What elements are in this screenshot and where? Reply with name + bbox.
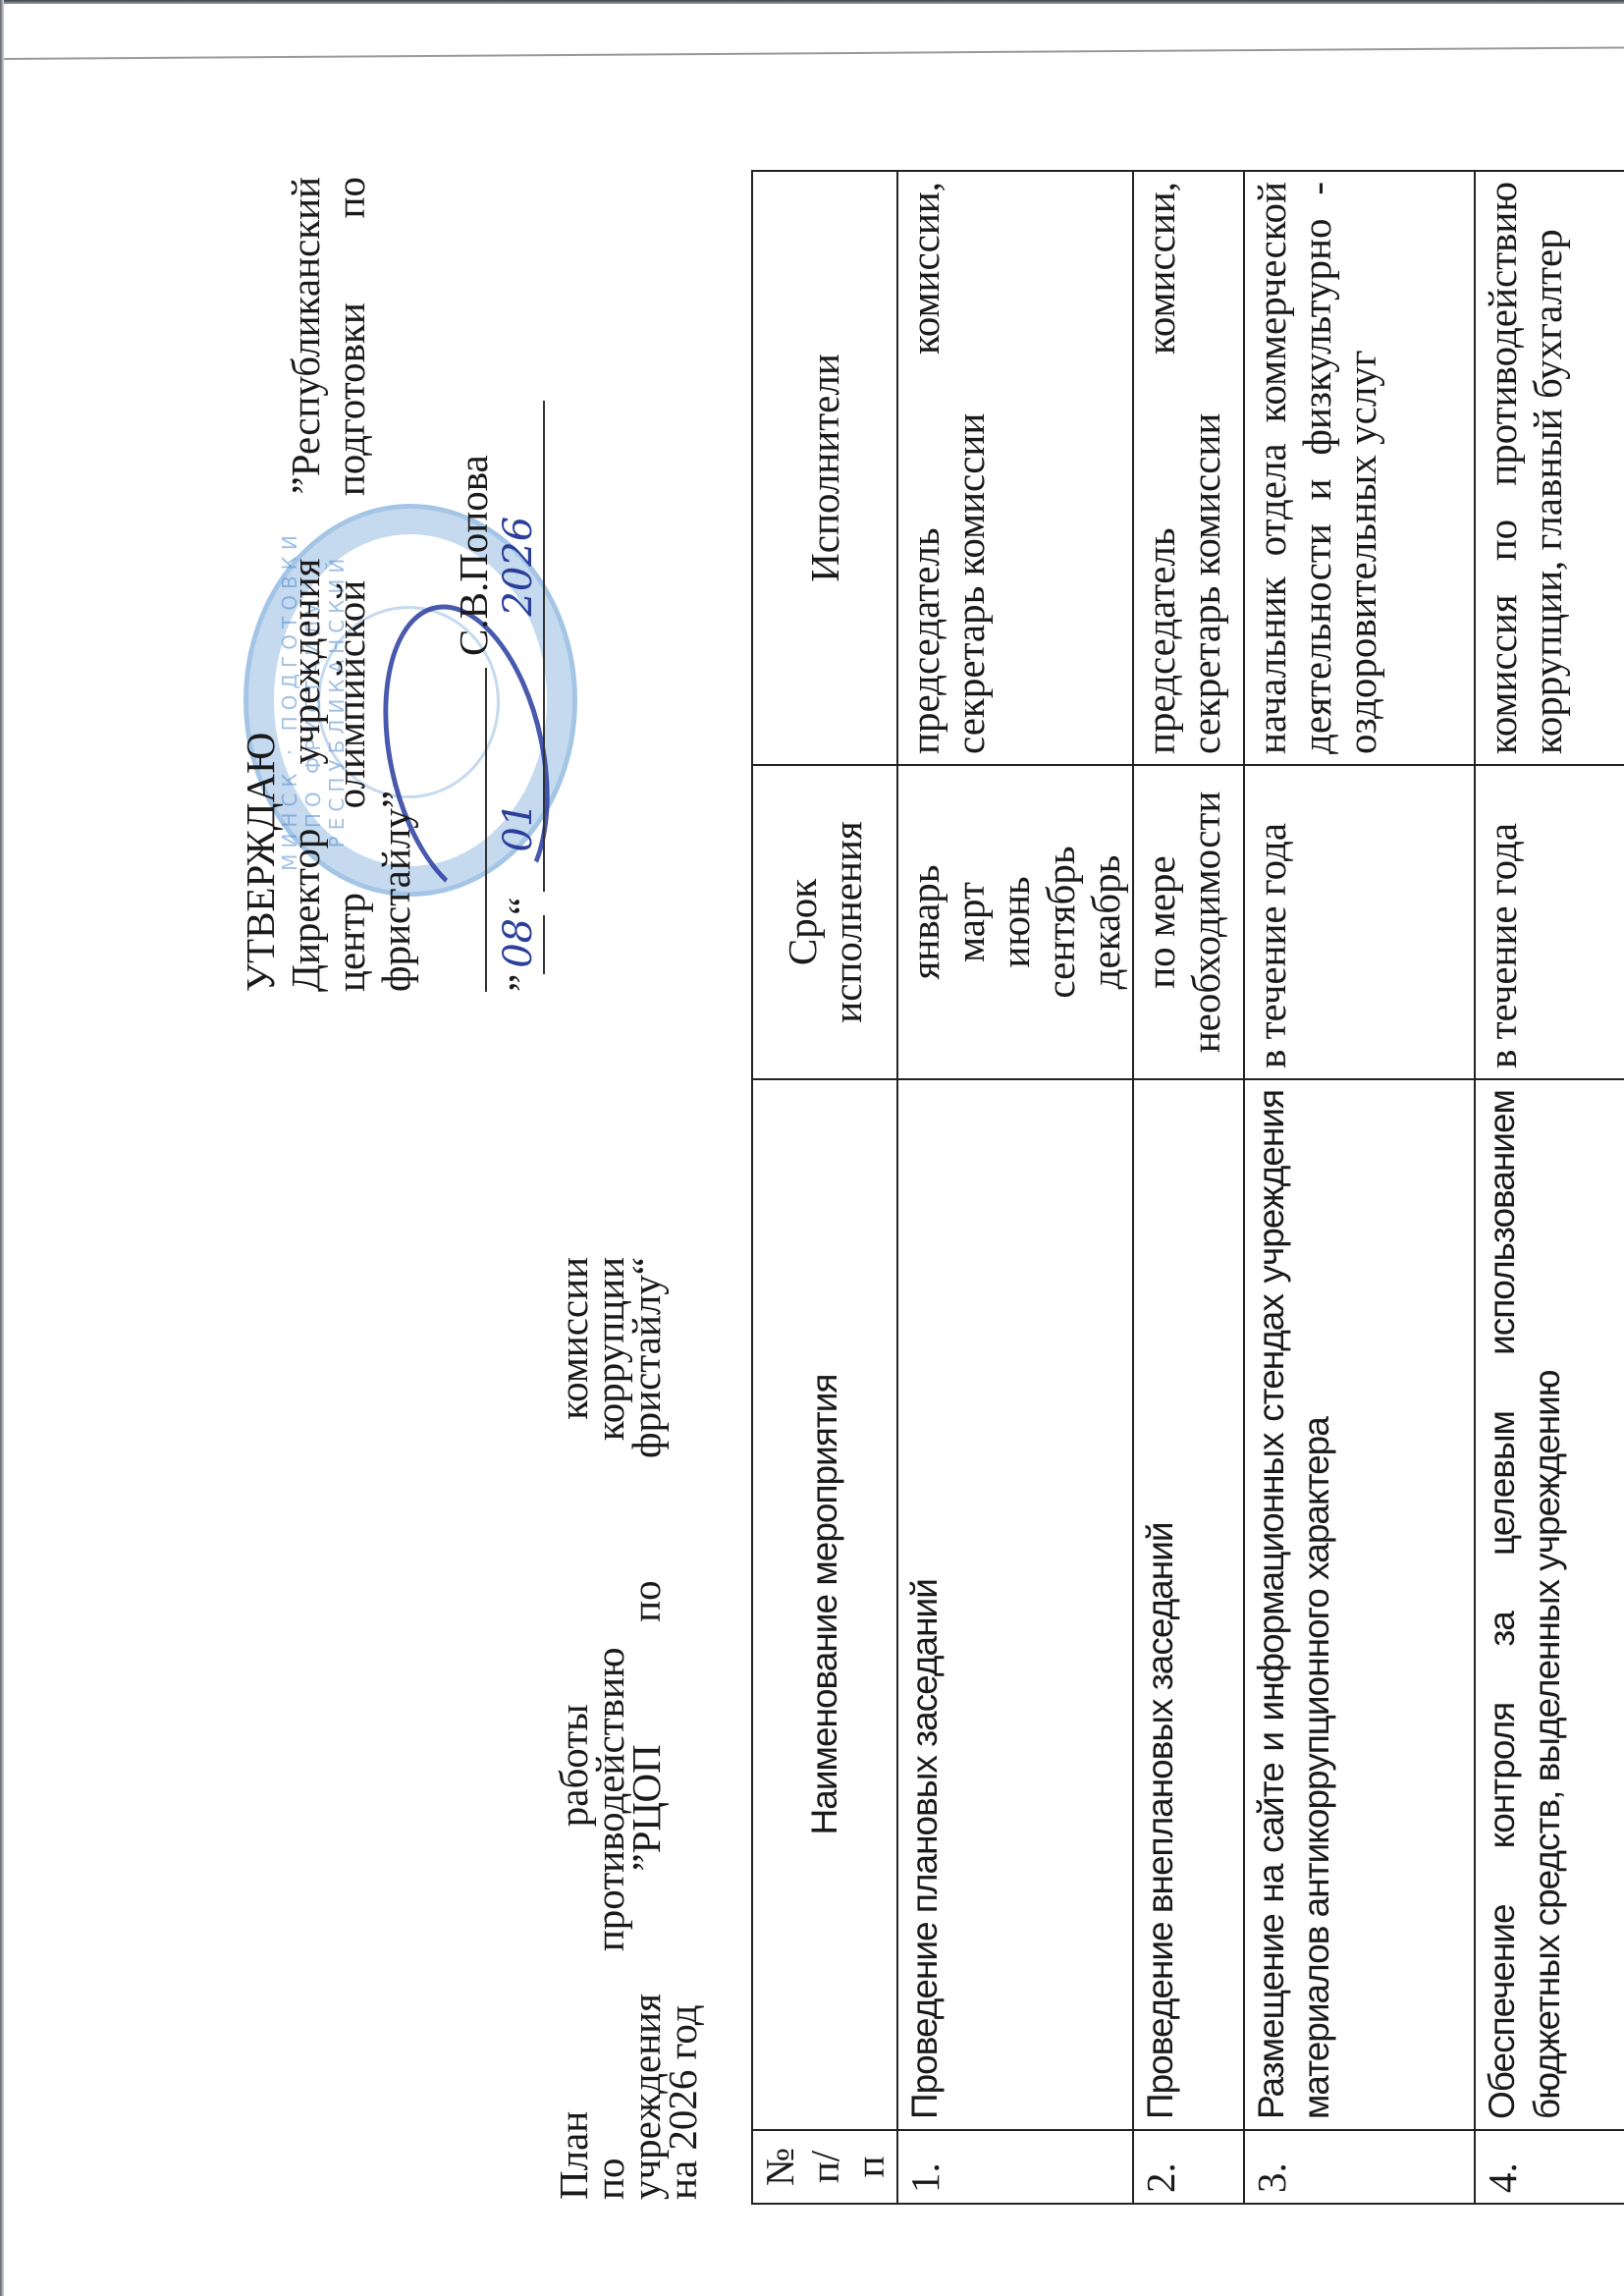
header-deadline-line: Срок	[780, 776, 825, 1068]
header-number-line: №	[757, 2141, 802, 2193]
row-deadline: по мере необходимости	[1133, 765, 1244, 1079]
row-activity: Размещение на сайте и информационных сте…	[1244, 1079, 1475, 2130]
deadline-line: июнь	[993, 776, 1038, 1068]
row-deadline: в течение года	[1475, 765, 1624, 1079]
date-close-quote: “	[500, 898, 545, 915]
title-word: ”РЦОП	[628, 1744, 665, 1871]
row-activity: Проведение плановых заседаний	[897, 1079, 1133, 2130]
row-performers: председатель комиссии, секретарь комисси…	[897, 171, 1133, 765]
row-deadline: в течение года	[1244, 765, 1475, 1079]
row-number: 4.	[1475, 2130, 1624, 2204]
approval-word: олимпийской	[328, 580, 373, 809]
table-row: 2. Проведение внеплановых заседаний по м…	[1133, 171, 1244, 2204]
header-activity: Наименование мероприятия	[752, 1079, 897, 2130]
date-year: 2026	[496, 517, 541, 617]
deadline-line: декабрь	[1083, 776, 1128, 1068]
row-performers: комиссия по противодействию коррупции, г…	[1475, 171, 1624, 765]
deadline-line: необходимости	[1183, 776, 1228, 1068]
date-open-quote: ”	[500, 974, 545, 992]
row-number: 2.	[1133, 2130, 1244, 2204]
plan-title: План работы комиссии по противодействию …	[556, 1257, 701, 2200]
approval-word: центр	[328, 893, 373, 992]
title-line-4: на 2026 год	[665, 1257, 701, 2200]
date-day-line: 08	[504, 915, 545, 974]
approval-word: учреждения	[283, 559, 328, 765]
row-activity: Проведение внеплановых заседаний	[1133, 1079, 1244, 2130]
signatory-name: С.В.Попова	[451, 455, 496, 656]
row-number: 3.	[1244, 2130, 1475, 2204]
approval-word: подготовки	[328, 302, 373, 496]
row-number: 1.	[897, 2130, 1133, 2204]
approval-word: Директор	[283, 829, 328, 992]
deadline-line: март	[947, 776, 993, 1068]
title-word: фристайлу“	[628, 1257, 665, 1458]
row-deadline: январь март июнь сентябрь декабрь	[897, 765, 1133, 1079]
approval-line-3: фристайлу”	[373, 177, 418, 992]
signature-line	[446, 668, 487, 992]
approval-word: ”Республиканский	[283, 177, 328, 494]
table-row: 3. Размещение на сайте и информационных …	[1244, 171, 1475, 2204]
document-page: МИНСК · ПОДГОТОВКИ ПО ФРИСТАЙЛУ · РЕСПУБ…	[0, 0, 1624, 2296]
deadline-line: по мере	[1138, 776, 1183, 1068]
table-header-row: № п/п Наименование мероприятия Срок испо…	[752, 171, 897, 2204]
header-number-line: п/п	[802, 2141, 893, 2193]
signature-row: С.В.Попова	[446, 177, 496, 992]
deadline-line: январь	[902, 776, 947, 1068]
row-activity: Обеспечение контроля за целевым использо…	[1475, 1079, 1624, 2130]
title-word: по	[628, 1580, 665, 1621]
header-deadline-line: исполнения	[825, 776, 870, 1068]
table-row: 1. Проведение плановых заседаний январь …	[897, 171, 1133, 2204]
approval-word: по	[328, 177, 373, 218]
date-day: 08	[496, 918, 541, 968]
header-number: № п/п	[752, 2130, 897, 2204]
table-row: 4. Обеспечение контроля за целевым испол…	[1475, 171, 1624, 2204]
header-performers: Исполнители	[752, 171, 897, 765]
plan-table: № п/п Наименование мероприятия Срок испо…	[751, 170, 1624, 2205]
approval-date: ” 08 “ 01 2026	[500, 177, 545, 992]
header-deadline: Срок исполнения	[752, 765, 897, 1079]
approval-heading: УТВЕРЖДАЮ	[238, 177, 283, 992]
deadline-line: сентябрь	[1038, 776, 1083, 1068]
approval-line-2: центр олимпийской подготовки по	[328, 177, 373, 992]
row-performers: председатель комиссии, секретарь комисси…	[1133, 171, 1244, 765]
date-month-year-line: 01 2026	[504, 401, 545, 892]
approval-block: УТВЕРЖДАЮ Директор учреждения ”Республик…	[238, 177, 545, 992]
approval-line-1: Директор учреждения ”Республиканский	[283, 177, 328, 992]
date-month: 01	[496, 802, 541, 852]
row-performers: начальник отдела коммерческой деятельнос…	[1244, 171, 1475, 765]
